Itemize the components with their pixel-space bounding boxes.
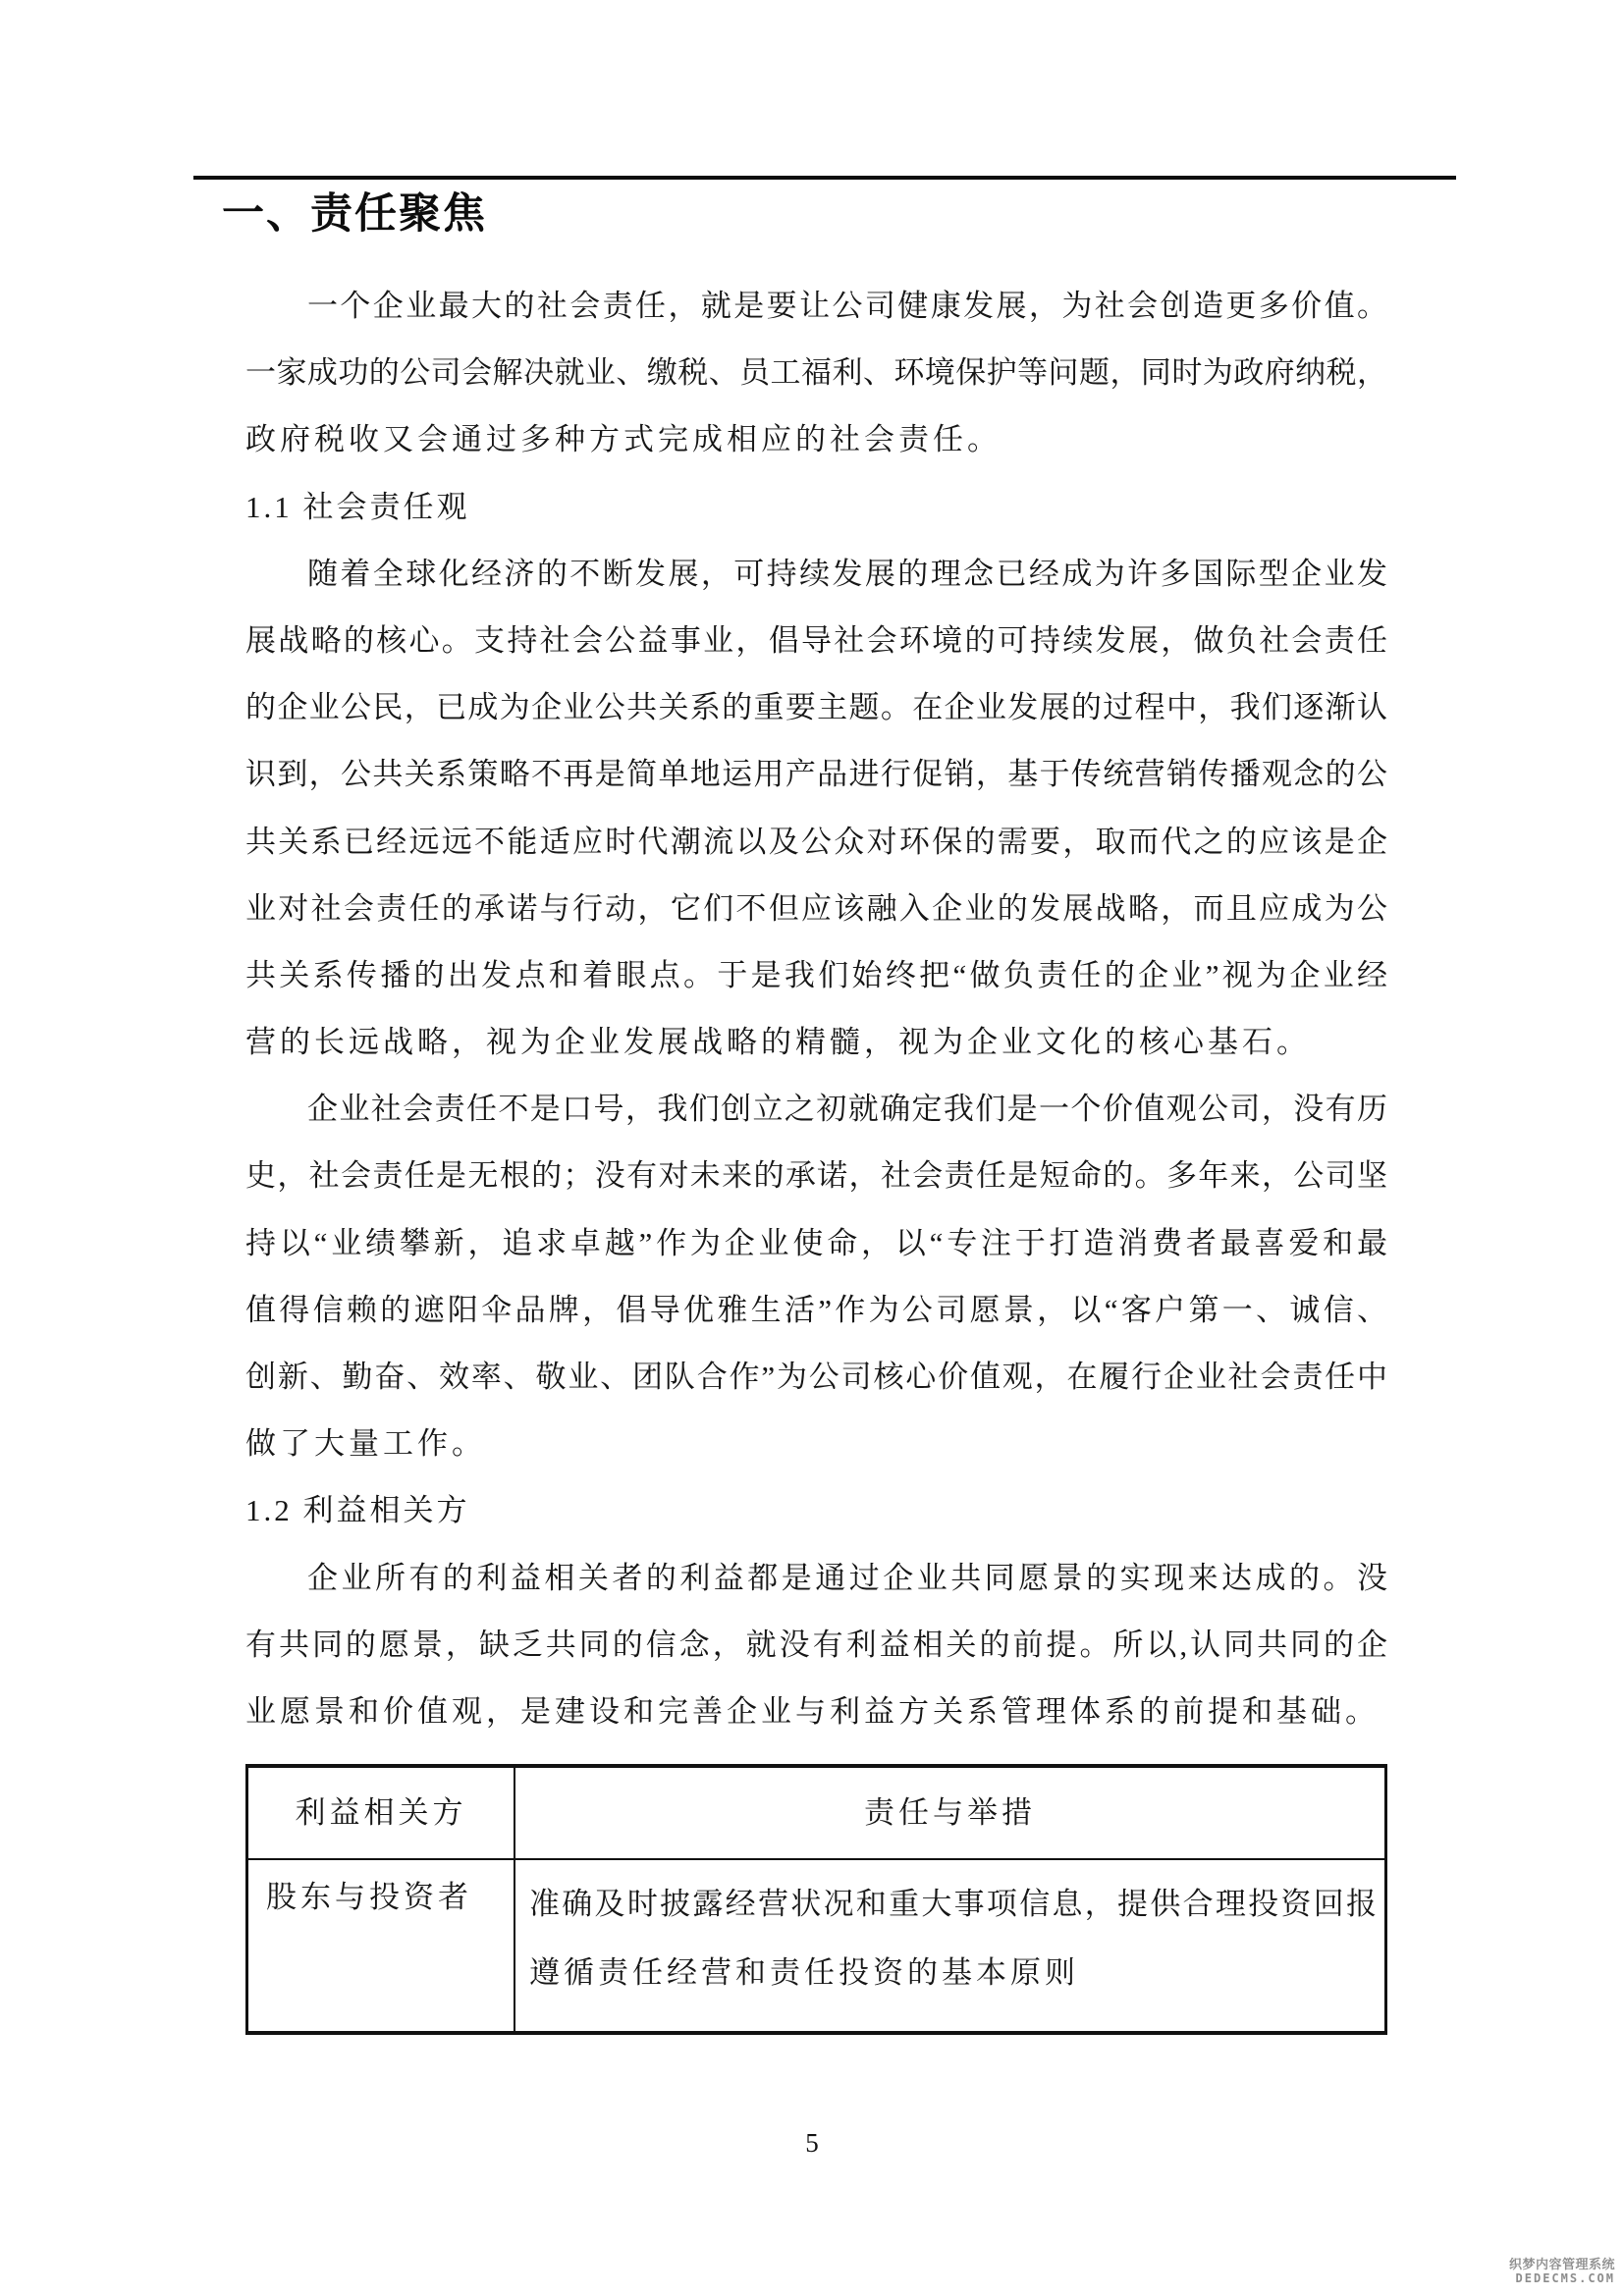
page-title: 一、责任聚焦 [222,190,487,238]
stakeholder-table: 利益相关方 责任与举措 股东与投资者 准确及时披露经营状况和重大事项信息，提供合… [245,1764,1387,2035]
section-heading-1-1: 1.1 社会责任观 [245,474,1387,541]
paragraph-line: 的企业公民，已成为企业公共关系的重要主题。在企业发展的过程中，我们逐渐认 [245,674,1387,741]
document-body: 一个企业最大的社会责任，就是要让公司健康发展，为社会创造更多价值。 一家成功的公… [245,273,1387,1745]
paragraph-line: 政府税收又会通过多种方式完成相应的社会责任。 [245,406,1387,473]
paragraph-line: 业对社会责任的承诺与行动，它们不但应该融入企业的发展战略，而且应成为公 [245,876,1387,942]
paragraph-line: 共关系传播的出发点和着眼点。于是我们始终把“做负责任的企业”视为企业经 [245,942,1387,1009]
paragraph-line: 一家成功的公司会解决就业、缴税、员工福利、环境保护等问题，同时为政府纳税， [245,340,1387,406]
table-cell-stakeholder: 股东与投资者 [248,1860,515,2031]
paragraph-line: 史，社会责任是无根的；没有对未来的承诺，社会责任是短命的。多年来，公司坚 [245,1143,1387,1209]
measure-line: 遵循责任经营和责任投资的基本原则 [529,1939,1377,2007]
paragraph-line: 企业社会责任不是口号，我们创立之初就确定我们是一个价值观公司，没有历 [245,1076,1387,1143]
paragraph-line: 业愿景和价值观，是建设和完善企业与利益方关系管理体系的前提和基础。 [245,1679,1387,1745]
paragraph-line: 有共同的愿景，缺乏共同的信念，就没有利益相关的前提。所以,认同共同的企 [245,1612,1387,1679]
watermark: 织梦内容管理系统 DEDECMS.COM [1509,2257,1615,2286]
header-rule [193,176,1456,180]
paragraph-line: 持以“业绩攀新，追求卓越”作为企业使命，以“专注于打造消费者最喜爱和最 [245,1210,1387,1277]
document-page: 一、责任聚焦 一个企业最大的社会责任，就是要让公司健康发展，为社会创造更多价值。… [0,0,1624,2296]
table-header-row: 利益相关方 责任与举措 [248,1768,1384,1860]
paragraph-line: 创新、勤奋、效率、敬业、团队合作”为公司核心价值观，在履行企业社会责任中 [245,1344,1387,1411]
section-heading-1-2: 1.2 利益相关方 [245,1477,1387,1544]
paragraph-line: 做了大量工作。 [245,1411,1387,1477]
paragraph-line: 企业所有的利益相关者的利益都是通过企业共同愿景的实现来达成的。没 [245,1545,1387,1612]
measure-line: 准确及时披露经营状况和重大事项信息，提供合理投资回报 [529,1870,1377,1939]
table-cell-measures: 准确及时披露经营状况和重大事项信息，提供合理投资回报 遵循责任经营和责任投资的基… [515,1860,1384,2031]
paragraph-line: 值得信赖的遮阳伞品牌，倡导优雅生活”作为公司愿景，以“客户第一、诚信、 [245,1277,1387,1344]
paragraph-line: 一个企业最大的社会责任，就是要让公司健康发展，为社会创造更多价值。 [245,273,1387,340]
paragraph-line: 随着全球化经济的不断发展，可持续发展的理念已经成为许多国际型企业发 [245,541,1387,608]
watermark-text-en: DEDECMS.COM [1509,2271,1615,2286]
table-row: 股东与投资者 准确及时披露经营状况和重大事项信息，提供合理投资回报 遵循责任经营… [248,1860,1384,2031]
table-header-stakeholder: 利益相关方 [248,1768,515,1858]
paragraph-line: 共关系已经远远不能适应时代潮流以及公众对环保的需要，取而代之的应该是企 [245,809,1387,876]
paragraph-line: 识到，公共关系策略不再是简单地运用产品进行促销，基于传统营销传播观念的公 [245,741,1387,808]
paragraph-line: 营的长远战略，视为企业发展战略的精髓，视为企业文化的核心基石。 [245,1009,1387,1076]
watermark-text-cn: 织梦内容管理系统 [1509,2257,1615,2271]
table-header-measures: 责任与举措 [515,1768,1384,1858]
paragraph-line: 展战略的核心。支持社会公益事业，倡导社会环境的可持续发展，做负社会责任 [245,608,1387,674]
page-number: 5 [0,2128,1624,2158]
